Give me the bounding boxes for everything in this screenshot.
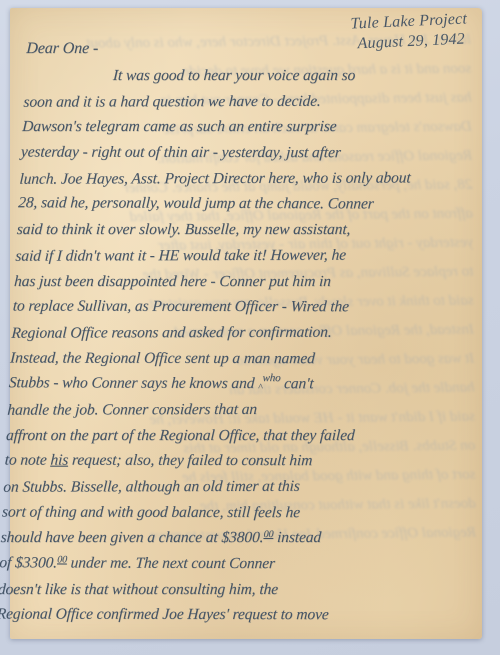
- cents-superscript: 00: [57, 554, 67, 565]
- line-text: of $3300.: [0, 554, 58, 571]
- letter-line: on Stubbs. Bisselle, although an old tim…: [3, 473, 452, 500]
- letter-line: yesterday - right out of thin air - yest…: [20, 140, 469, 167]
- inserted-word: who: [262, 372, 281, 384]
- letter-line: said to think it over slowly. Busselle, …: [16, 217, 465, 243]
- line-text: should have been given a chance at $3800…: [0, 529, 264, 546]
- line-text: instead: [273, 529, 322, 546]
- letter-line: Regional Office reasons and asked for co…: [11, 319, 460, 346]
- cents-superscript: 00: [263, 529, 273, 540]
- letter-line: soon and it is a hard question we have t…: [23, 88, 472, 115]
- letter-body: Dear One - It was good to hear your voic…: [0, 36, 475, 628]
- letter-line: doesn't like is that without consulting …: [0, 577, 447, 603]
- letter-line: 28, said he, personally, would jump at t…: [18, 191, 467, 218]
- line-text: can't: [280, 375, 314, 392]
- letter-line: should have been given a chance at $3800…: [0, 525, 449, 551]
- letter-line: Stubbs - who Conner says he knows and ^w…: [8, 370, 457, 397]
- salutation: Dear One -: [26, 36, 475, 63]
- letter-line: Instead, the Regional Office sent up a m…: [9, 345, 458, 372]
- handwriting-layer: Tule Lake Project August 29, 1942 Dear O…: [10, 8, 482, 639]
- underlined-word: his: [50, 452, 69, 469]
- letter-line: Regional Office confirmed Joe Hayes' req…: [0, 602, 445, 629]
- letter-line: has just been disappointed here - Conner…: [13, 269, 462, 295]
- letter-line: said if I didn't want it - HE would take…: [15, 242, 464, 269]
- line-text: request; also, they failed to consult hi…: [68, 452, 313, 470]
- letter-line: Dawson's telegram came as such an entire…: [22, 114, 471, 140]
- line-text: under me. The next count Conner: [66, 555, 275, 573]
- letter-line: It was good to hear your voice again so: [24, 63, 473, 89]
- letter-line: sort of thing and with good balance, sti…: [1, 499, 450, 526]
- line-text: to note: [4, 452, 51, 469]
- line-text: Stubbs - who Conner says he knows and: [8, 374, 258, 392]
- letter-line: of $3300.00 under me. The next count Con…: [0, 550, 448, 577]
- letter-line: to note his request; also, they failed t…: [4, 448, 453, 475]
- insertion-caret: ^: [258, 382, 263, 393]
- letter-page: lunch. Joe Hayes, Asst. Project Director…: [10, 8, 482, 639]
- letter-line: affront on the part of the Regional Offi…: [5, 423, 454, 449]
- letter-line: handle the job. Conner considers that an: [7, 396, 456, 423]
- letter-line: to replace Sullivan, as Procurement Offi…: [12, 294, 461, 321]
- letter-line: lunch. Joe Hayes, Asst. Project Director…: [19, 165, 468, 192]
